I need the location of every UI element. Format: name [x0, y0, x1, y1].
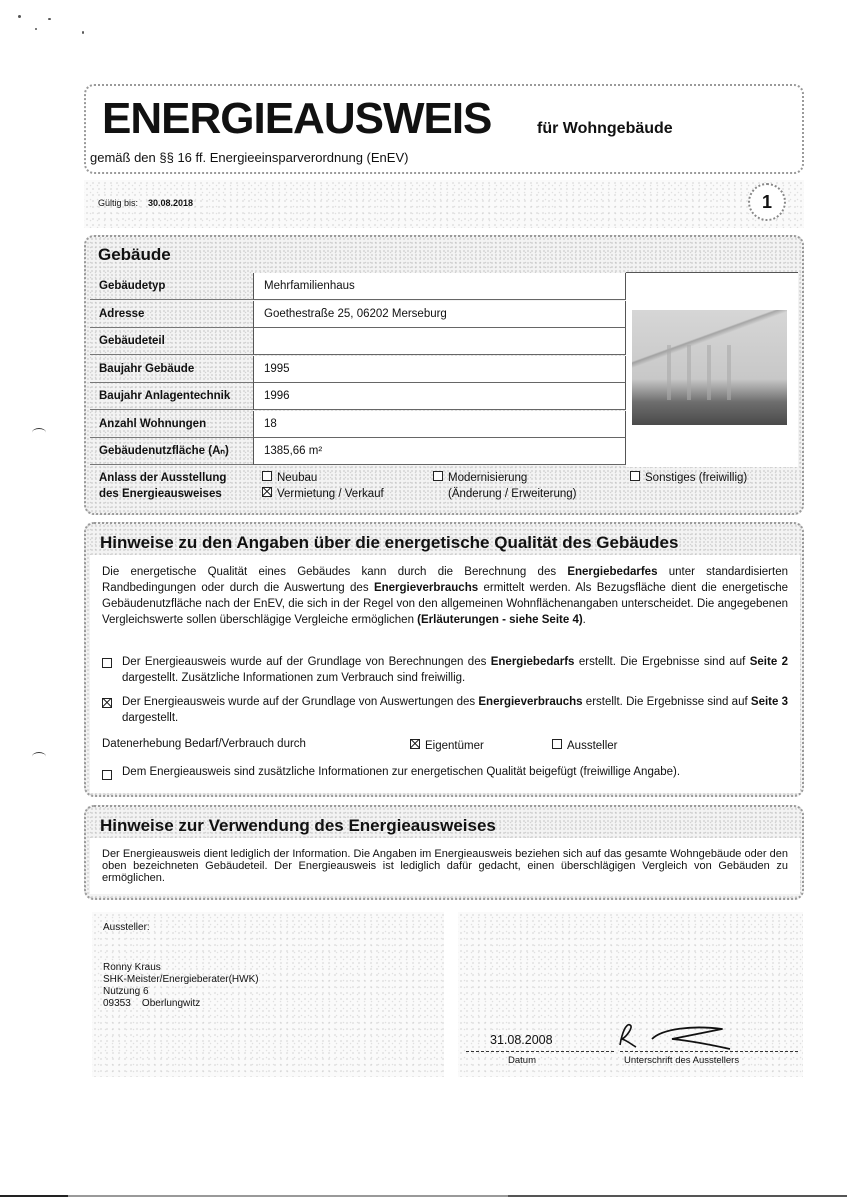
option-neubau-label: Neubau	[277, 472, 317, 484]
checkbox-modernisierung[interactable]	[433, 471, 443, 481]
row-value: Goethestraße 25, 06202 Merseburg	[253, 301, 626, 328]
option-eigentuemer[interactable]: Eigentümer	[410, 738, 484, 754]
emphasis: Energieverbrauchs	[478, 696, 582, 708]
scan-speck	[48, 18, 51, 20]
row-label: Anzahl Wohnungen	[90, 411, 253, 438]
checkbox-energy-demand[interactable]	[102, 658, 112, 668]
checkbox-sonstiges[interactable]	[630, 471, 640, 481]
emphasis: Seite 3	[751, 696, 788, 708]
energy-consumption-statement: Der Energieausweis wurde auf der Grundla…	[122, 694, 788, 726]
usage-notes-title: Hinweise zur Verwendung des Energieauswe…	[100, 816, 496, 836]
page-number-badge: 1	[748, 183, 786, 221]
option-vermietung-verkauf[interactable]: Vermietung / Verkauf	[262, 486, 384, 502]
option-sonstiges-label: Sonstiges (freiwillig)	[645, 472, 747, 484]
issuer-title: SHK-Meister/Energieberater(HWK)	[103, 974, 259, 985]
text: erstellt. Die Ergebnisse sind auf	[583, 696, 751, 708]
checkbox-vermietung-verkauf[interactable]	[262, 487, 272, 497]
issuer-label: Aussteller:	[103, 922, 150, 933]
option-eigentuemer-label: Eigentümer	[425, 740, 484, 752]
punch-hole-mark	[32, 752, 46, 761]
occasion-label-line1: Anlass der Ausstellung	[99, 470, 226, 486]
occasion-label-line2: des Energieausweises	[99, 486, 226, 502]
checkbox-neubau[interactable]	[262, 471, 272, 481]
text: .	[583, 614, 586, 626]
table-row: AdresseGoethestraße 25, 06202 Merseburg	[90, 301, 626, 328]
additional-info-statement: Dem Energieausweis sind zusätzliche Info…	[122, 766, 680, 778]
option-aussteller[interactable]: Aussteller	[552, 738, 618, 754]
row-label: Adresse	[90, 301, 253, 328]
option-sonstiges[interactable]: Sonstiges (freiwillig)	[630, 470, 747, 486]
emphasis: Energieverbrauchs	[374, 582, 478, 594]
issuer-name: Ronny Kraus	[103, 962, 161, 973]
row-label: Gebäudetyp	[90, 273, 253, 300]
checkbox-eigentuemer[interactable]	[410, 739, 420, 749]
emphasis: (Erläuterungen - siehe Seite 4)	[417, 614, 583, 626]
document-subtitle: für Wohngebäude	[537, 120, 673, 138]
row-value: 1995	[253, 356, 626, 383]
text: Die energetische Qualität eines Gebäudes…	[102, 566, 567, 578]
text: Der Energieausweis wurde auf der Grundla…	[122, 656, 491, 668]
scan-speck	[35, 28, 37, 30]
row-label: Baujahr Anlagentechnik	[90, 383, 253, 410]
table-row: Gebäudenutzfläche (Aₙ)1385,66 m²	[90, 438, 626, 465]
table-row: Baujahr Gebäude1995	[90, 356, 626, 383]
row-value: 1385,66 m²	[253, 438, 626, 465]
table-row: Anzahl Wohnungen18	[90, 411, 626, 438]
date-caption: Datum	[508, 1055, 536, 1066]
checkbox-energy-consumption[interactable]	[102, 698, 112, 708]
signature-date: 31.08.2008	[490, 1033, 553, 1047]
checkbox-additional-info[interactable]	[102, 770, 112, 780]
document-title: ENERGIEAUSWEIS	[102, 97, 491, 141]
row-value: 18	[253, 411, 626, 438]
building-section-title: Gebäude	[98, 245, 171, 265]
emphasis: Energiebedarfes	[567, 566, 657, 578]
quality-notes-title: Hinweise zu den Angaben über die energet…	[100, 533, 678, 553]
data-collection-label: Datenerhebung Bedarf/Verbrauch durch	[102, 738, 306, 750]
issuer-city: 09353 Oberlungwitz	[103, 998, 200, 1009]
emphasis: Seite 2	[750, 656, 788, 668]
legal-basis: gemäß den §§ 16 ff. Energieeinsparverord…	[90, 150, 408, 165]
option-modernisierung[interactable]: Modernisierung	[433, 470, 527, 486]
table-row: Gebäudeteil	[90, 328, 626, 355]
row-value: Mehrfamilienhaus	[253, 273, 626, 300]
issuer-street: Nutzung 6	[103, 986, 149, 997]
row-value	[253, 328, 626, 355]
date-line	[466, 1051, 614, 1052]
energy-demand-statement: Der Energieausweis wurde auf der Grundla…	[122, 654, 788, 686]
text: erstellt. Die Ergebnisse sind auf	[574, 656, 749, 668]
text: dargestellt. Zusätzliche Informationen z…	[122, 672, 465, 684]
valid-until-label: Gültig bis:	[98, 198, 138, 208]
emphasis: Energiebedarfs	[491, 656, 575, 668]
option-modernisierung-label: Modernisierung	[448, 472, 527, 484]
valid-until-value: 30.08.2018	[148, 198, 193, 208]
building-photo	[632, 310, 787, 425]
occasion-label: Anlass der Ausstellung des Energieauswei…	[99, 470, 226, 502]
row-label: Gebäudenutzfläche (Aₙ)	[90, 438, 253, 465]
quality-intro-paragraph: Die energetische Qualität eines Gebäudes…	[102, 564, 788, 628]
checkbox-aussteller[interactable]	[552, 739, 562, 749]
option-modernisierung-line2: (Änderung / Erweiterung)	[448, 486, 576, 502]
table-row: Baujahr Anlagentechnik1996	[90, 383, 626, 410]
table-row: GebäudetypMehrfamilienhaus	[90, 273, 626, 300]
row-value: 1996	[253, 383, 626, 410]
scan-edge	[0, 1195, 847, 1197]
punch-hole-mark	[32, 428, 46, 437]
handwritten-signature	[612, 1015, 752, 1055]
scan-speck	[82, 31, 84, 34]
usage-notes-text: Der Energieausweis dient lediglich der I…	[102, 848, 788, 884]
row-label: Gebäudeteil	[90, 328, 253, 355]
option-aussteller-label: Aussteller	[567, 740, 618, 752]
row-label: Baujahr Gebäude	[90, 356, 253, 383]
option-neubau[interactable]: Neubau	[262, 470, 317, 486]
text: dargestellt.	[122, 712, 178, 724]
text: Der Energieausweis wurde auf der Grundla…	[122, 696, 478, 708]
scan-speck	[18, 15, 21, 18]
option-vermietung-verkauf-label: Vermietung / Verkauf	[277, 488, 384, 500]
signature-caption: Unterschrift des Ausstellers	[624, 1055, 739, 1066]
